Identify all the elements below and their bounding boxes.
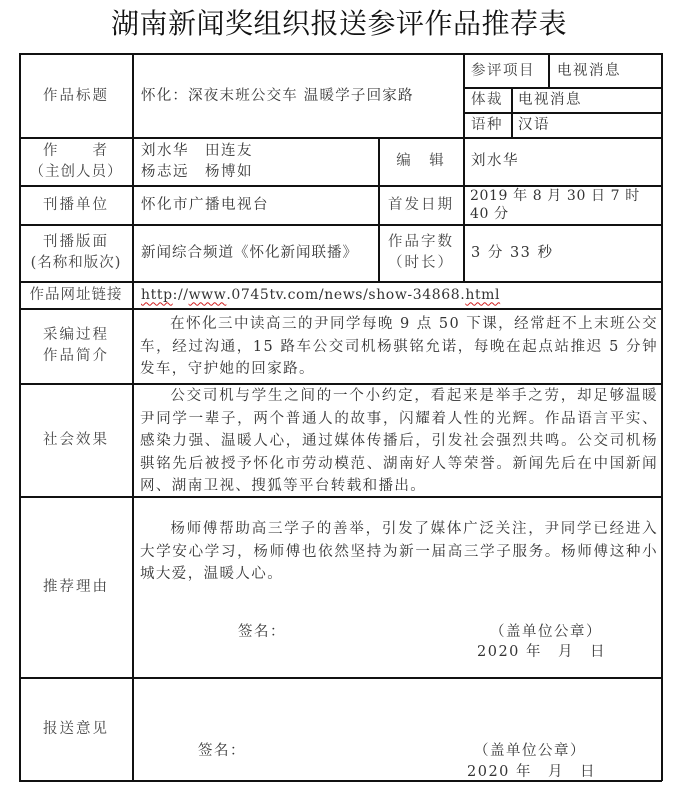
submission-signature-label: 签名： — [198, 739, 246, 760]
genre-label: 体裁 — [471, 88, 511, 112]
nested-table-left — [463, 53, 465, 138]
process-label-line2: 作品简介 — [43, 346, 109, 367]
edition-label-line1: 刊播版面 — [43, 232, 109, 253]
edition-label-line2: (名称和版次) — [31, 253, 122, 274]
process-label: 采编过程 作品简介 — [20, 309, 132, 383]
authors-value-line1: 刘水华 田连友 — [141, 141, 253, 162]
url-part-ext: html — [465, 285, 500, 306]
first-date-value: 2019 年 8 月 30 日 7 时 40 分 — [470, 186, 658, 224]
recommendation-date: 2020 年 月 日 — [477, 640, 606, 661]
recommendation-signature-label: 签名： — [238, 620, 286, 641]
edition-label: 刊播版面 (名称和版次) — [20, 225, 132, 281]
work-title-value: 怀化：深夜末班公交车 温暖学子回家路 — [141, 54, 461, 138]
social-effect-text-body: 公交司机与学生之间的一个小约定，看起来是举手之劳，却足够温暖尹同学一辈子，两个普… — [140, 388, 658, 494]
table-border-right — [661, 53, 663, 781]
recommendation-stamp-note: （盖单位公章） — [490, 620, 602, 641]
process-text: 在怀化三中读高三的尹同学每晚 9 点 50 下课，经常赶不上末班公交车，经过沟通… — [140, 313, 658, 381]
social-effect-label: 社会效果 — [20, 384, 132, 496]
length-label: 作品字数 （时长） — [379, 225, 463, 281]
submission-date: 2020 年 月 日 — [467, 760, 596, 781]
edition-value: 新闻综合频道《怀化新闻联播》 — [141, 225, 376, 281]
label-column-divider — [132, 53, 134, 781]
submission-stamp-note: （盖单位公章） — [474, 739, 586, 760]
category-label: 参评项目 — [471, 54, 547, 88]
genre-value: 电视消息 — [518, 88, 661, 112]
url-part-path: .0745tv.com/news/show-34868. — [226, 285, 465, 306]
editor-label: 编 辑 — [379, 138, 463, 185]
editor-value: 刘水华 — [471, 138, 659, 185]
length-label-line1: 作品字数 — [388, 232, 454, 253]
authors-label: 作 者 （主创人员） — [20, 138, 132, 185]
submission-label: 报送意见 — [20, 678, 132, 780]
publisher-value: 怀化市广播电视台 — [141, 186, 376, 224]
work-url-link[interactable]: http://www.0745tv.com/news/show-34868.ht… — [141, 282, 656, 308]
language-value: 汉语 — [518, 113, 661, 137]
category-value: 电视消息 — [557, 54, 661, 88]
authors-label-line2: （主创人员） — [30, 162, 123, 183]
first-date-label: 首发日期 — [379, 186, 463, 224]
length-label-line2: （时长） — [388, 253, 454, 274]
work-title-label: 作品标题 — [20, 54, 132, 138]
length-value: 3 分 33 秒 — [471, 225, 659, 281]
process-text-body: 在怀化三中读高三的尹同学每晚 9 点 50 下课，经常赶不上末班公交车，经过沟通… — [140, 316, 658, 377]
secondary-column-divider — [463, 137, 465, 282]
authors-value: 刘水华 田连友 杨志远 杨博如 — [141, 138, 376, 185]
process-label-line1: 采编过程 — [43, 325, 109, 346]
url-label: 作品网址链接 — [20, 282, 132, 308]
authors-value-line2: 杨志远 杨博如 — [141, 162, 253, 183]
url-part-sep: :// — [173, 285, 189, 306]
authors-label-line1: 作 者 — [43, 141, 109, 162]
recommendation-label: 推荐理由 — [20, 497, 132, 677]
document-title: 湖南新闻奖组织报送参评作品推荐表 — [0, 4, 678, 44]
nested-col-divider — [511, 87, 513, 138]
social-effect-text: 公交司机与学生之间的一个小约定，看起来是举手之劳，却足够温暖尹同学一辈子，两个普… — [140, 385, 658, 498]
recommendation-text: 杨师傅帮助高三学子的善举，引发了媒体广泛关注，尹同学已经进入大学安心学习，杨师傅… — [140, 518, 658, 586]
recommendation-text-body: 杨师傅帮助高三学子的善举，引发了媒体广泛关注，尹同学已经进入大学安心学习，杨师傅… — [140, 521, 658, 582]
language-label: 语种 — [471, 113, 511, 137]
nested-col-divider — [548, 53, 550, 88]
url-part-www: www — [189, 285, 227, 306]
url-part-scheme: http — [141, 285, 173, 306]
publisher-label: 刊播单位 — [20, 186, 132, 224]
